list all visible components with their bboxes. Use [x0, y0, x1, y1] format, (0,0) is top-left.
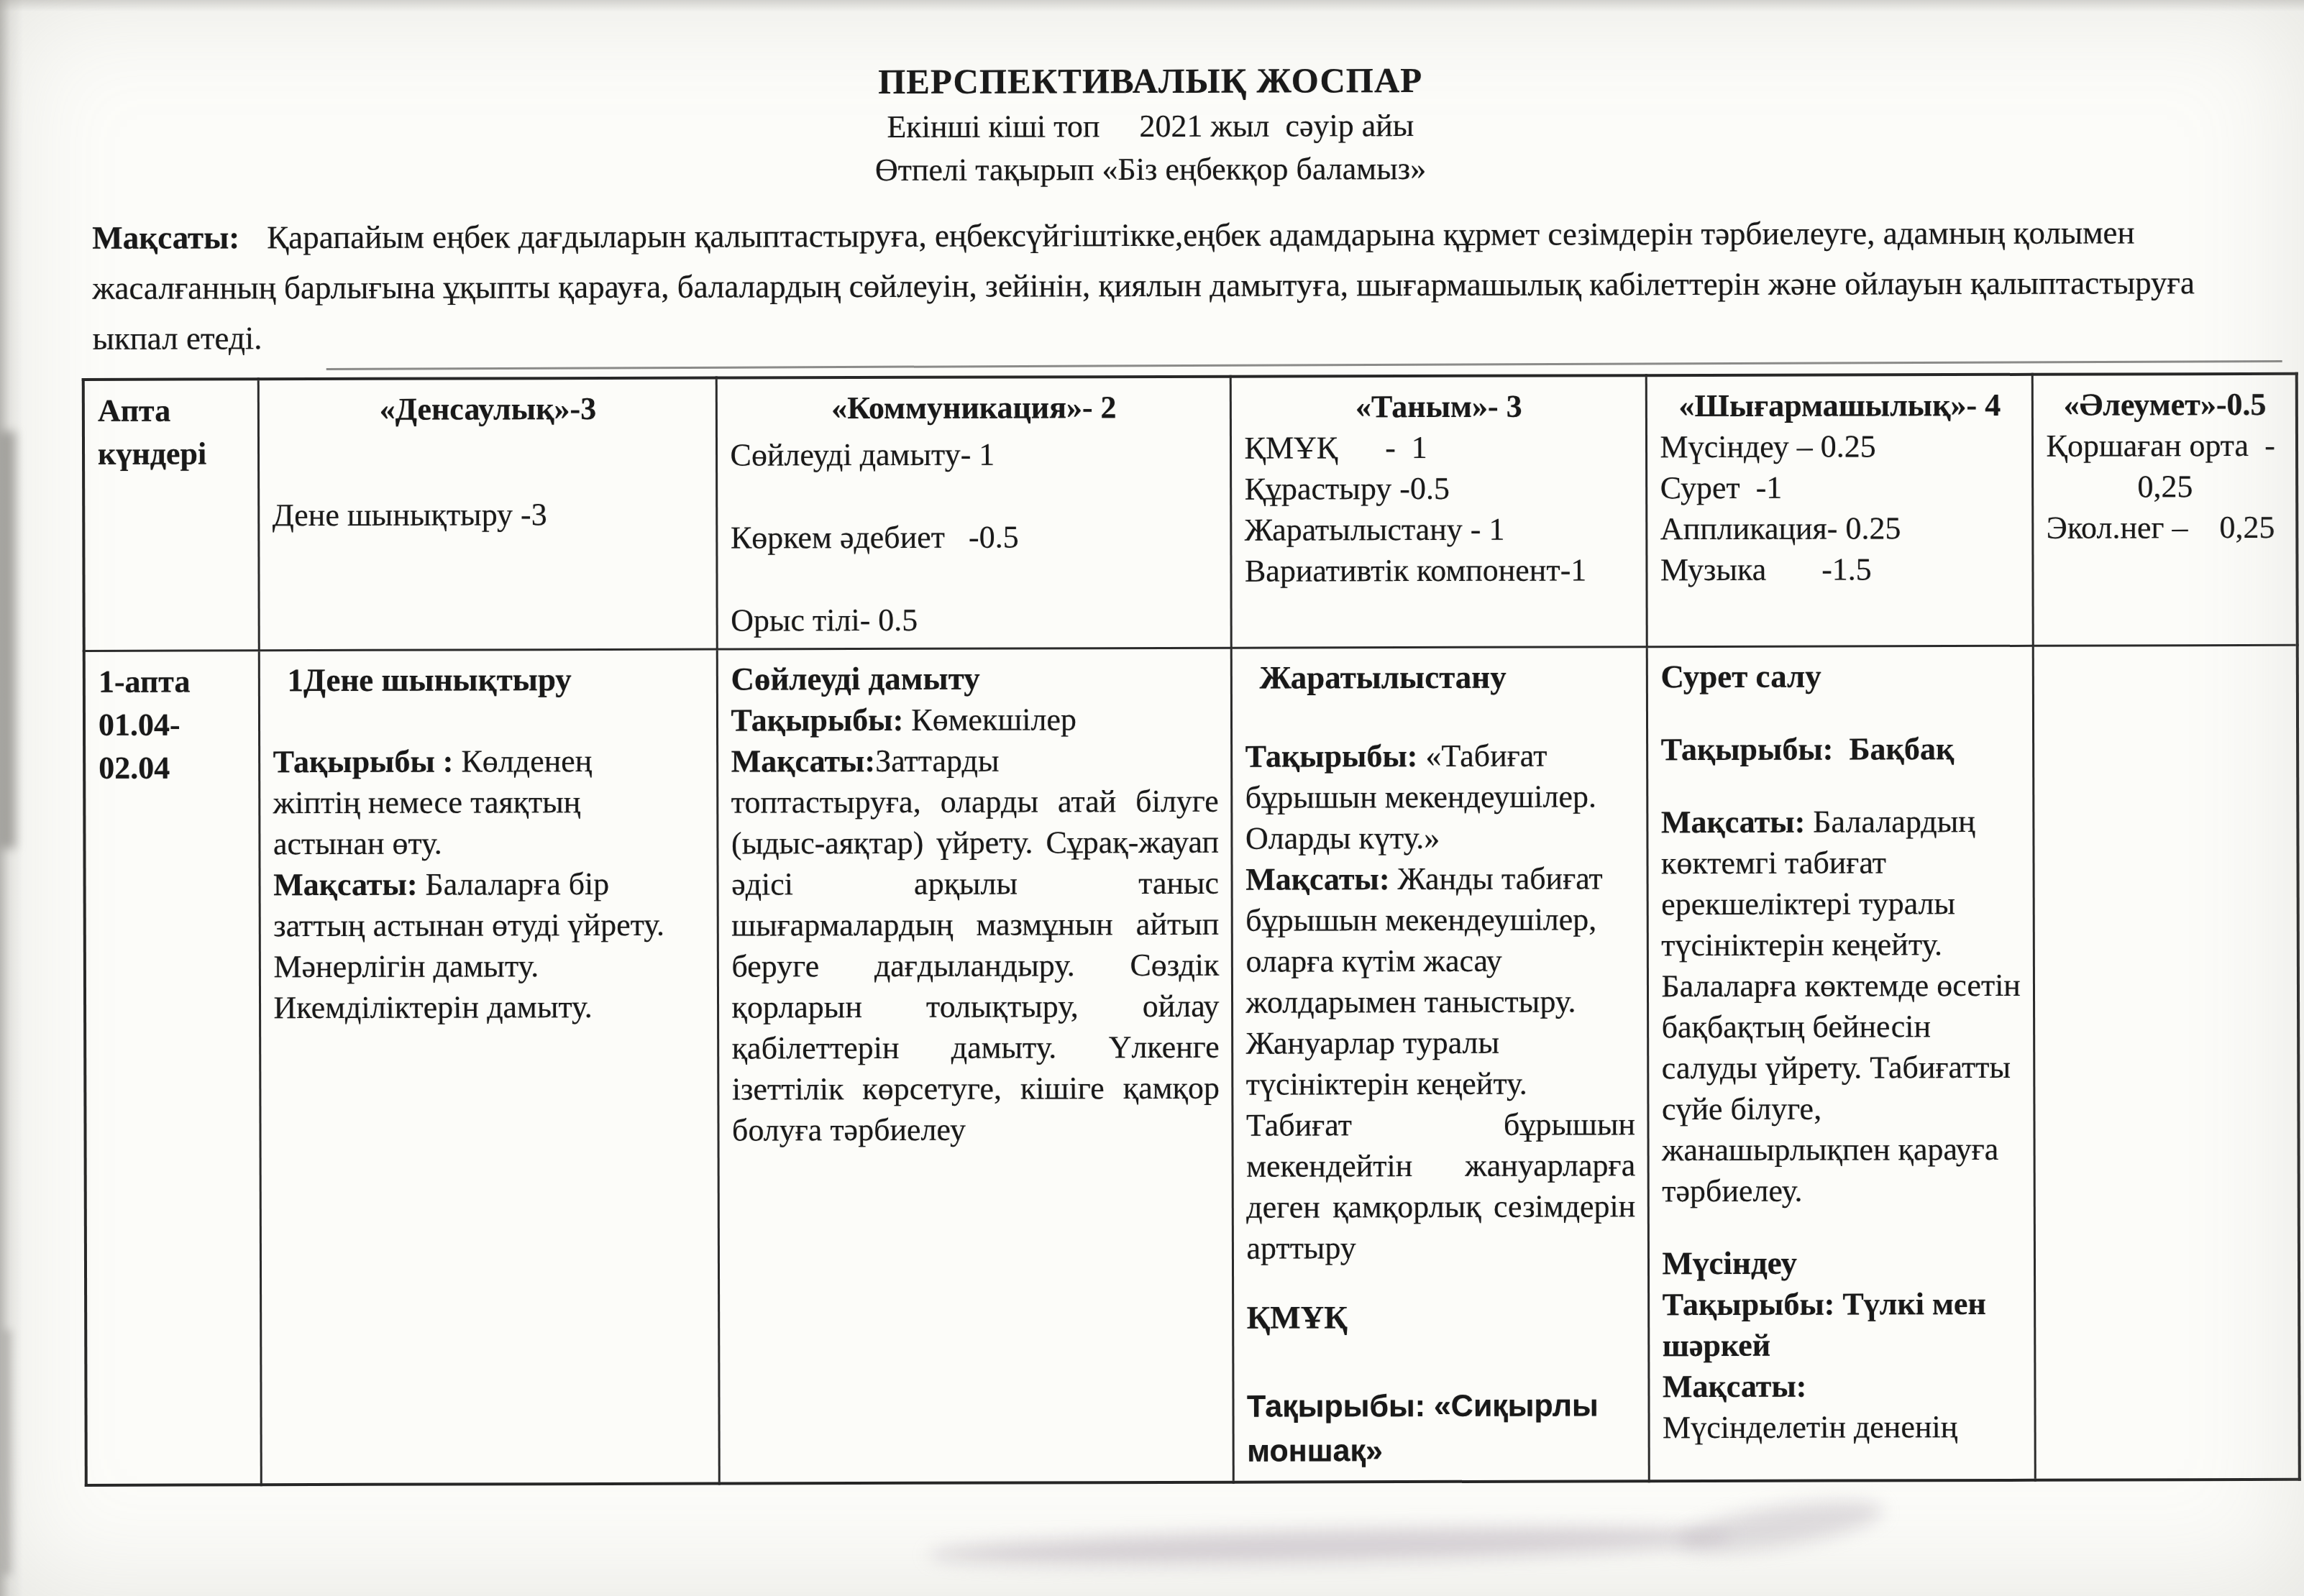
sculpt-goal-label: Мақсаты:: [1663, 1365, 2022, 1407]
cognition-topic: Тақырыбы: «Табиғат бұрышын мекендеушілер…: [1245, 735, 1635, 858]
header-cell-health: «Денсаулық»-3 Дене шынықтыру -3: [258, 378, 717, 651]
communication-activity-heading: Сөйлеуді дамыту: [731, 658, 1218, 700]
header-creativity-title: «Шығармашылық»- 4: [1660, 385, 2019, 426]
table-week1-row: 1-апта 01.04- 02.04 1Дене шынықтыру Тақы…: [84, 645, 2300, 1485]
goal-text: Қарапайым еңбек дағдыларын қалыптастыруғ…: [92, 214, 2195, 356]
header-social-item: Қоршаған орта -: [2046, 425, 2284, 467]
health-goal-label: Мақсаты:: [273, 867, 418, 903]
header-creativity-item: Аппликация- 0.25: [1660, 508, 2020, 549]
creativity-goal-text: Балалардың көктемгі табиғат ерекшеліктер…: [1661, 804, 2021, 1209]
cognition-goal-label: Мақсаты:: [1245, 861, 1390, 897]
creativity-goal: Мақсаты: Балалардың көктемгі табиғат ере…: [1661, 801, 2021, 1211]
cognition-topic-label: Тақырыбы:: [1245, 738, 1418, 774]
kmuk-topic: Тақырыбы: «Сиқырлы моншақ»: [1247, 1383, 1636, 1473]
header-cognition-title: «Таным»- 3: [1244, 385, 1633, 427]
header-cognition-item: Жаратылыстану - 1: [1245, 508, 1634, 550]
health-topic: Тақырыбы : Көлденең жіптің немесе таяқты…: [273, 740, 705, 865]
header-social-item: 0,25: [2047, 466, 2285, 508]
header-communication-item: Көркем әдебиет -0.5: [731, 516, 1218, 559]
cell-creativity: Сурет салу Тақырыбы: Бақбақ Мақсаты: Бал…: [1647, 646, 2035, 1481]
subtitle-cross-theme: Өтпелі тақырып «Біз еңбекқор баламыз»: [0, 148, 2303, 191]
communication-goal-label: Мақсаты:: [731, 743, 876, 779]
cognition-goal-text: Жанды табиғат бұрышын мекендеушілер, ола…: [1245, 861, 1603, 1101]
header-week-label: Апта күндері: [98, 389, 246, 476]
health-goal: Мақсаты: Балаларға бір заттың астынан өт…: [273, 863, 705, 1029]
header-cell-communication: «Коммуникация»- 2 Сөйлеуді дамыту- 1 Көр…: [716, 377, 1231, 649]
header-social-title: «Әлеумет»-0.5: [2046, 384, 2284, 426]
cognition-activity-heading: Жаратылыстану: [1245, 656, 1634, 698]
cognition-goal: Мақсаты: Жанды табиғат бұрышын мекендеуш…: [1245, 858, 1635, 1104]
kmuk-heading: ҚМҰҚ: [1247, 1296, 1636, 1338]
communication-topic-text: Көмекшілер: [911, 702, 1076, 738]
header-creativity-item: Мүсіндеу – 0.25: [1660, 426, 2019, 467]
page-title: ПЕРСПЕКТИВАЛЫҚ ЖОСПАР: [0, 58, 2303, 104]
communication-goal-text: Заттарды топтастыруға, оларды атай білуг…: [731, 743, 1228, 1148]
document-header: ПЕРСПЕКТИВАЛЫҚ ЖОСПАР Екінші кіші топ 20…: [0, 58, 2303, 191]
header-health-title: «Денсаулық»-3: [272, 388, 703, 431]
health-topic-label: Тақырыбы :: [273, 744, 454, 780]
header-cognition-item: Вариативтік компонент-1: [1245, 549, 1634, 591]
sculpt-goal-text: Мүсінделетін дененің: [1663, 1406, 2022, 1448]
cell-week: 1-апта 01.04- 02.04: [84, 651, 261, 1485]
week-label: 1-апта 01.04- 02.04: [99, 660, 247, 790]
health-activity-heading: 1Дене шынықтыру: [273, 659, 704, 702]
header-cell-creativity: «Шығармашылық»- 4 Мүсіндеу – 0.25 Сурет …: [1646, 375, 2033, 647]
goal-label: Мақсаты:: [92, 219, 239, 256]
header-social-item: Экол.нег – 0,25: [2047, 507, 2285, 549]
sculpt-heading: Мүсіндеу: [1662, 1242, 2021, 1284]
creativity-topic: Тақырыбы: Бақбақ: [1661, 728, 2021, 770]
header-cell-cognition: «Таным»- 3 ҚМҰҚ - 1 Құрастыру -0.5 Жарат…: [1230, 375, 1647, 648]
header-cell-week: Апта күндері: [83, 379, 259, 651]
subtitle-group-year: Екінші кіші топ 2021 жыл сәуір айы: [0, 105, 2303, 147]
header-creativity-item: Музыка -1.5: [1660, 549, 2020, 590]
scanned-plan-document: ПЕРСПЕКТИВАЛЫҚ ЖОСПАР Екінші кіші топ 20…: [0, 0, 2304, 1596]
plan-table: Апта күндері «Денсаулық»-3 Дене шынықтыр…: [82, 372, 2301, 1487]
header-communication-item: Орыс тілі- 0.5: [731, 599, 1218, 641]
header-health-item: Дене шынықтыру -3: [273, 494, 704, 536]
cell-health: 1Дене шынықтыру Тақырыбы : Көлденең жіпт…: [259, 649, 719, 1485]
cognition-goal-continued: Табиғат бұрышын мекендейтін жануарларға …: [1246, 1104, 1636, 1268]
table-header-row: Апта күндері «Денсаулық»-3 Дене шынықтыр…: [83, 374, 2298, 651]
header-cognition-item: ҚМҰҚ - 1: [1244, 426, 1633, 468]
cell-cognition: Жаратылыстану Тақырыбы: «Табиғат бұрышын…: [1231, 647, 1649, 1482]
header-communication-item: Сөйлеуді дамыту- 1: [730, 434, 1217, 476]
header-cell-social: «Әлеумет»-0.5 Қоршаған орта - 0,25 Экол.…: [2032, 374, 2298, 646]
cell-communication: Сөйлеуді дамыту Тақырыбы: Көмекшілер Мақ…: [717, 648, 1233, 1483]
communication-goal: Мақсаты:Заттарды топтастыруға, оларды ат…: [731, 740, 1220, 1151]
header-communication-title: «Коммуникация»- 2: [730, 387, 1217, 429]
creativity-activity-heading: Сурет салу: [1660, 656, 2020, 697]
header-creativity-item: Сурет -1: [1660, 467, 2020, 508]
sculpt-topic: Тақырыбы: Түлкі мен шәркей: [1663, 1283, 2022, 1366]
header-cognition-item: Құрастыру -0.5: [1245, 467, 1634, 509]
goal-paragraph: Мақсаты:Қарапайым еңбек дағдыларын қалып…: [92, 207, 2214, 364]
document-sheet: ПЕРСПЕКТИВАЛЫҚ ЖОСПАР Екінші кіші топ 20…: [0, 0, 2304, 1596]
communication-topic-label: Тақырыбы:: [731, 702, 903, 738]
communication-topic: Тақырыбы: Көмекшілер: [731, 699, 1218, 741]
cell-social: [2033, 645, 2300, 1480]
creativity-goal-label: Мақсаты:: [1661, 804, 1806, 840]
